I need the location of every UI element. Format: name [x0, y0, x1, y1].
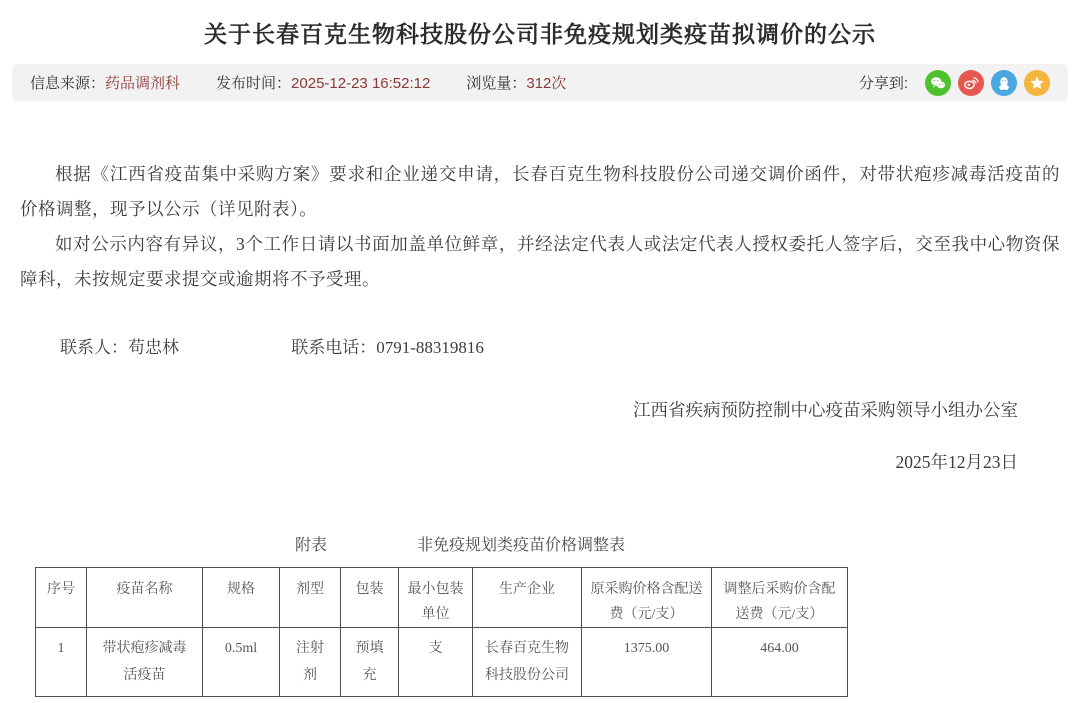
publish-time-label: 发布时间： [216, 75, 291, 92]
info-source-label: 信息来源： [30, 75, 105, 92]
col-header-spec: 规格 [203, 568, 280, 628]
paragraph-1: 根据《江西省疫苗集中采购方案》要求和企业递交申请，长春百克生物科技股份公司递交调… [20, 157, 1060, 227]
contact-phone-value: 0791-88319816 [376, 338, 484, 357]
contact-person: 联系人：苟忠林 [60, 338, 179, 357]
wechat-share-button[interactable] [925, 70, 951, 96]
announcement-page: 关于长春百克生物科技股份公司非免疫规划类疫苗拟调价的公示 信息来源：药品调剂科 … [0, 0, 1080, 703]
col-header-form: 剂型 [280, 568, 341, 628]
cell-adjusted-price: 464.00 [712, 628, 848, 697]
share-to-label: 分享到: [859, 72, 908, 93]
meta-bar: 信息来源：药品调剂科 发布时间：2025-12-23 16:52:12 浏览量：… [12, 64, 1068, 101]
attachment-caption: 附表 非免疫规划类疫苗价格调整表 [0, 532, 1080, 555]
price-adjustment-table: 序号 疫苗名称 规格 剂型 包装 最小包装单位 生产企业 原采购价格含配送费（元… [35, 567, 848, 697]
col-header-min-unit: 最小包装单位 [399, 568, 473, 628]
view-count-value: 312次 [526, 75, 566, 92]
page-title: 关于长春百克生物科技股份公司非免疫规划类疫苗拟调价的公示 [0, 0, 1080, 49]
col-header-original-price: 原采购价格含配送费（元/支） [582, 568, 712, 628]
cell-form: 注射剂 [280, 628, 341, 697]
info-source: 信息来源：药品调剂科 [30, 72, 180, 93]
article-body: 根据《江西省疫苗集中采购方案》要求和企业递交申请，长春百克生物科技股份公司递交调… [20, 101, 1060, 488]
cell-original-price: 1375.00 [582, 628, 712, 697]
qzone-icon [1028, 74, 1046, 92]
weibo-icon [962, 74, 980, 92]
contact-person-label: 联系人： [60, 338, 128, 357]
col-header-adjusted-price: 调整后采购价含配送费（元/支） [712, 568, 848, 628]
cell-min-unit: 支 [399, 628, 473, 697]
cell-manufacturer: 长春百克生物科技股份公司 [473, 628, 582, 697]
col-header-manufacturer: 生产企业 [473, 568, 582, 628]
wechat-icon [929, 74, 947, 92]
col-header-packaging: 包装 [341, 568, 399, 628]
view-count: 浏览量：312次 [466, 72, 566, 93]
qq-share-button[interactable] [991, 70, 1017, 96]
weibo-share-button[interactable] [958, 70, 984, 96]
attachment-label: 附表 [295, 532, 327, 555]
contact-phone-label: 联系电话： [291, 338, 376, 357]
contact-phone: 联系电话：0791-88319816 [291, 338, 484, 357]
qq-icon [995, 74, 1013, 92]
paragraph-2: 如对公示内容有异议，3个工作日请以书面加盖单位鲜章，并经法定代表人或法定代表人授… [20, 227, 1060, 297]
signature-org: 江西省疾病预防控制中心疫苗采购领导小组办公室 [20, 384, 1018, 436]
table-header-row: 序号 疫苗名称 规格 剂型 包装 最小包装单位 生产企业 原采购价格含配送费（元… [36, 568, 848, 628]
publish-time-value: 2025-12-23 16:52:12 [291, 75, 430, 92]
signature-date: 2025年12月23日 [20, 436, 1018, 488]
signature-block: 江西省疾病预防控制中心疫苗采购领导小组办公室 2025年12月23日 [20, 384, 1060, 488]
cell-spec: 0.5ml [203, 628, 280, 697]
qzone-share-button[interactable] [1024, 70, 1050, 96]
attachment-table-title: 非免疫规划类疫苗价格调整表 [417, 532, 625, 555]
cell-index: 1 [36, 628, 87, 697]
cell-vaccine-name: 带状疱疹减毒活疫苗 [87, 628, 203, 697]
contact-line: 联系人：苟忠林 联系电话：0791-88319816 [20, 333, 1060, 358]
contact-person-value: 苟忠林 [128, 338, 179, 357]
col-header-index: 序号 [36, 568, 87, 628]
view-count-label: 浏览量： [466, 75, 526, 92]
col-header-vaccine-name: 疫苗名称 [87, 568, 203, 628]
table-row: 1 带状疱疹减毒活疫苗 0.5ml 注射剂 预填充 支 长春百克生物科技股份公司… [36, 628, 848, 697]
info-source-value: 药品调剂科 [105, 75, 180, 92]
cell-packaging: 预填充 [341, 628, 399, 697]
publish-time: 发布时间：2025-12-23 16:52:12 [216, 72, 430, 93]
